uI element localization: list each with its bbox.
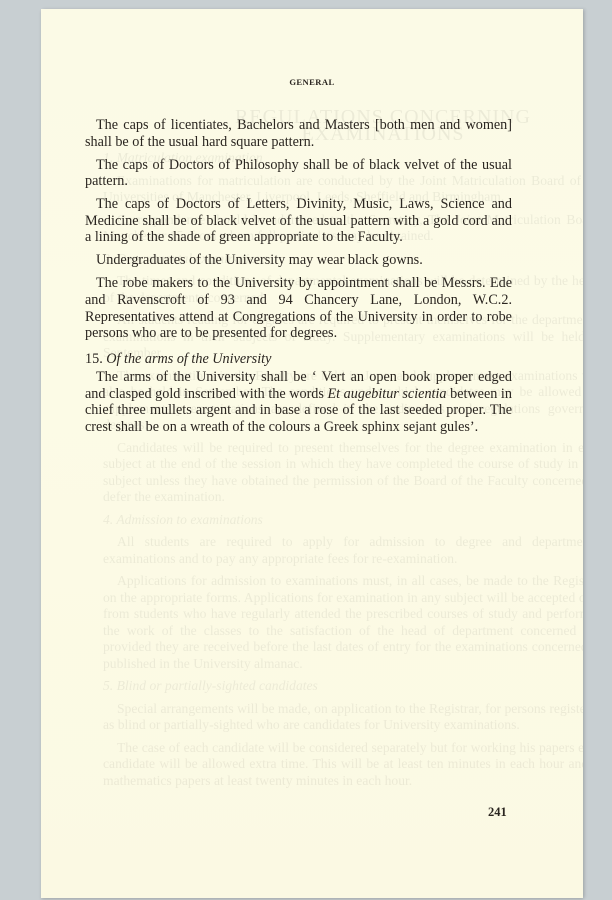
paragraph-caps-doctors-philosophy: The caps of Doctors of Philosophy shall …: [85, 157, 512, 190]
show-through-paragraph: All students are required to apply for a…: [103, 534, 583, 567]
body-text: The caps of licentiates, Bachelors and M…: [85, 117, 512, 442]
section-title: Of the arms of the University: [106, 351, 271, 367]
show-through-heading: 5. Blind or partially-sighted candidates: [103, 678, 583, 695]
show-through-paragraph: The case of each candidate will be consi…: [103, 740, 583, 790]
show-through-paragraph: Applications for admission to examinatio…: [103, 573, 583, 672]
section-number: 15.: [85, 351, 103, 367]
page-number: 241: [488, 805, 507, 820]
section-heading: 15. Of the arms of the University: [85, 351, 512, 368]
show-through-paragraph: Candidates will be required to present t…: [103, 440, 583, 506]
paragraph-caps-doctors-letters: The caps of Doctors of Letters, Divinity…: [85, 196, 512, 246]
paragraph-caps-licentiates: The caps of licentiates, Bachelors and M…: [85, 117, 512, 150]
paragraph-undergraduates-gowns: Undergraduates of the University may wea…: [85, 252, 512, 269]
paragraph-robe-makers: The robe makers to the University by app…: [85, 275, 512, 341]
show-through-paragraph: Special arrangements will be made, on ap…: [103, 701, 583, 734]
document-page: REGULATIONS CONCERNING EXAMINATIONS 1. M…: [41, 9, 583, 898]
arms-motto: Et augebitur scientia: [327, 386, 446, 402]
running-head: GENERAL: [41, 77, 583, 87]
paragraph-arms: The arms of the University shall be ‘ Ve…: [85, 369, 512, 435]
show-through-heading: 4. Admission to examinations: [103, 512, 583, 529]
